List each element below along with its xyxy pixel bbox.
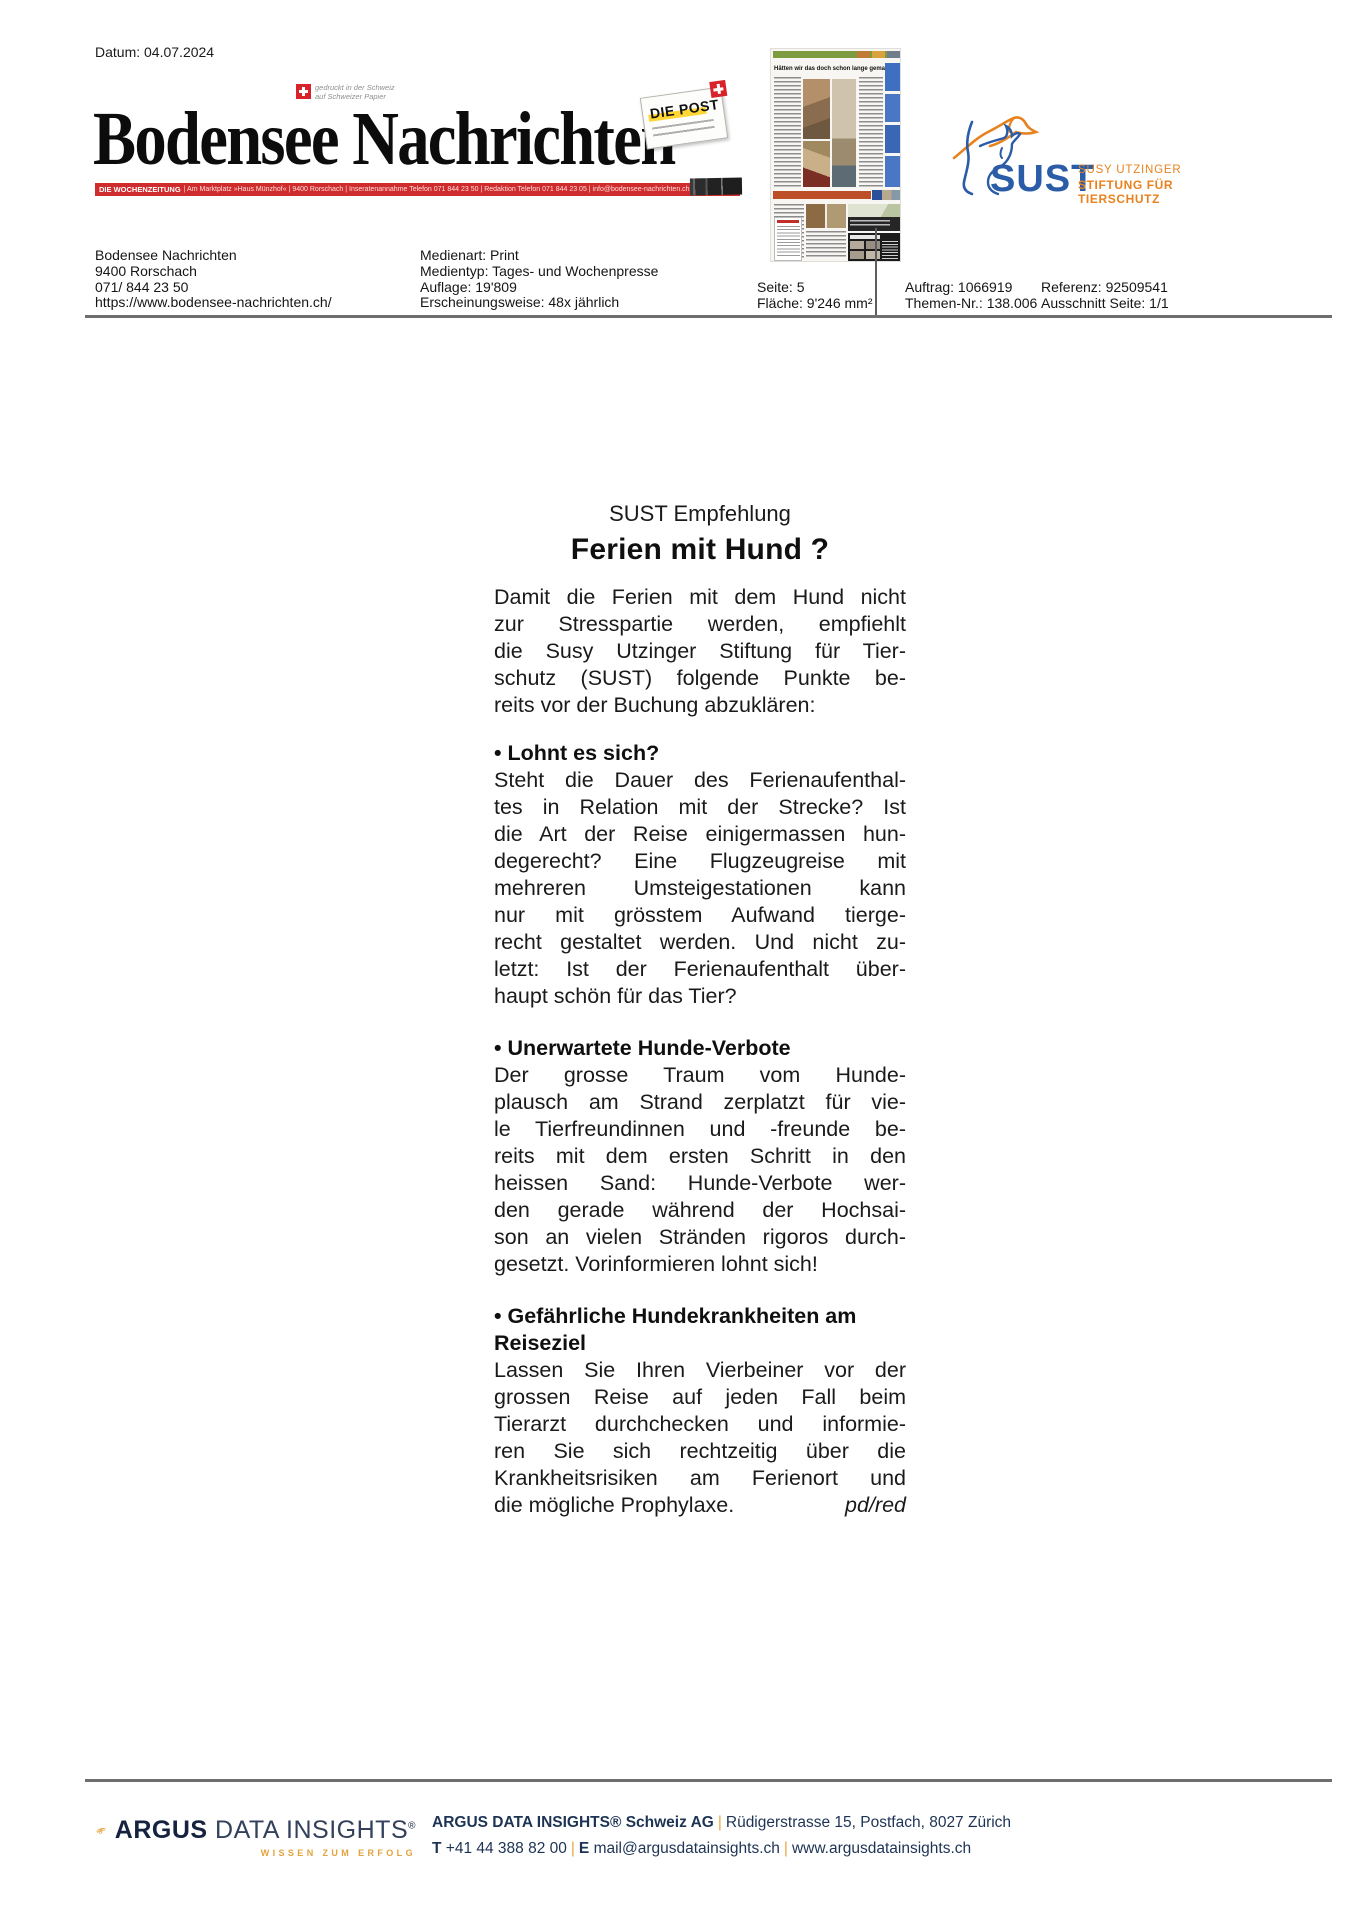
masthead-info-rest: | Am Marktplatz »Haus Münzhof« | 9400 Ro… [184,186,690,193]
thumb-text-column [806,231,846,259]
article-line: Steht die Dauer des Ferienaufenthal- [494,767,906,794]
die-post-stamp: DIE POST [640,87,728,150]
footer-website[interactable]: www.argusdatainsights.ch [792,1840,971,1857]
footer-address: Rüdigerstrasse 15, Postfach, 8027 Zürich [726,1814,1011,1831]
thumb-photo [857,51,870,58]
thumb-text-column [859,77,883,187]
masthead-scan-artifact [690,178,742,196]
article-line: zur Stresspartie werden, empfiehlt [494,611,906,638]
thumb-ad-block [885,125,900,153]
footer-phone: +41 44 388 82 00 [446,1840,567,1857]
argus-wordmark: ARGUS [115,1816,208,1844]
publication-phone: 071/ 844 23 50 [95,280,332,296]
article-line: schutz (SUST) folgende Punkte be- [494,665,906,692]
article-line: recht gestaltet werden. Und nicht zu- [494,929,906,956]
section-heading: • Unerwartete Hunde-Verbote [494,1035,906,1062]
press-clipping-page: { "colors": { "masthead_red": "#cf2d2d",… [0,0,1357,1920]
page-info-block: Seite: 5 Fläche: 9'246 mm² [757,280,873,312]
section-heading: • Gefährliche Hundekrankheiten am [494,1303,906,1330]
registered-mark: ® [408,1821,416,1832]
thumb-list-box [774,217,802,261]
footer-separator: | [714,1814,726,1831]
reference-info-block: Referenz: 92509541 Ausschnitt Seite: 1/1 [1041,280,1169,312]
article-line: Damit die Ferien mit dem Hund nicht [494,584,906,611]
article-line: Krankheitsrisiken am Ferienort und [494,1465,906,1492]
article-line: die Susy Utzinger Stiftung für Tier- [494,638,906,665]
auftrag: Auftrag: 1066919 [905,280,1037,296]
thumb-ad-block [885,63,900,91]
medientyp: Medientyp: Tages- und Wochenpresse [420,264,658,280]
article-kicker: SUST Empfehlung [494,500,906,528]
order-info-block: Auftrag: 1066919 Themen-Nr.: 138.006 [905,280,1037,312]
newspaper-page-thumbnail: Hätten wir das doch schon lange gemacht! [770,48,901,262]
themen-nr: Themen-Nr.: 138.006 [905,296,1037,312]
article-headline: Ferien mit Hund ? [494,530,906,570]
thumb-ad-block [885,156,900,187]
auflage: Auflage: 19'809 [420,280,658,296]
thumb-photo [803,79,830,139]
stamp-label: DIE POST [649,96,720,121]
article-line: reits vor der Buchung abzuklären: [494,692,906,719]
publication-name: Bodensee Nachrichten [95,248,332,264]
thumb-photo [887,51,900,58]
masthead-info-bar: DIE WOCHENZEITUNG | Am Marktplatz »Haus … [95,183,740,196]
stamp-fine-print [652,119,715,141]
thumb-headline: Hätten wir das doch schon lange gemacht! [774,66,896,72]
argus-eye-icon [96,1817,107,1845]
article-section: Lassen Sie Ihren Vierbeiner vor der gros… [494,1357,906,1519]
article-line: ren Sie sich rechtzeitig über die [494,1438,906,1465]
erscheinungsweise: Erscheinungsweise: 48x jährlich [420,295,658,311]
footer-email-label: E [579,1840,589,1857]
thumb-photo [803,141,830,187]
article-column: SUST Empfehlung Ferien mit Hund ? Damit … [494,500,906,1519]
footer-company: ARGUS DATA INSIGHTS® Schweiz AG [432,1814,714,1831]
footer-phone-label: T [432,1840,441,1857]
article-line: le Tierfreundinnen und -freunde be- [494,1116,906,1143]
article-line: Lassen Sie Ihren Vierbeiner vor der [494,1357,906,1384]
thumb-photo [832,79,856,187]
article-line: haupt schön für das Tier? [494,983,906,1010]
date-label: Datum: 04.07.2024 [95,44,214,60]
argus-wordmark-rest: DATA INSIGHTS [215,1816,408,1844]
masthead-info-bold: DIE WOCHENZEITUNG [99,185,181,194]
sust-name-line2: STIFTUNG FÜR TIERSCHUTZ [1078,178,1250,206]
masthead-title: Bodensee Nachrichten [93,96,674,183]
footer-line1: ARGUS DATA INSIGHTS® Schweiz AG|Rüdigers… [432,1810,1011,1836]
sust-logo: SUST SUSY UTZINGER STIFTUNG FÜR TIERSCHU… [950,100,1250,200]
thumb-section-bar [773,191,871,199]
footer-contact-block: ARGUS DATA INSIGHTS® Schweiz AG|Rüdigers… [432,1810,1011,1862]
article-line: mehreren Umsteigestationen kann [494,875,906,902]
footer-line2: T +41 44 388 82 00|E mail@argusdatainsig… [432,1836,1011,1862]
article-line: heissen Sand: Hunde-Verbote wer- [494,1170,906,1197]
thumb-ad-block [885,94,900,122]
referenz: Referenz: 92509541 [1041,280,1169,296]
article-line: Tierarzt durchchecken und informie- [494,1411,906,1438]
media-info-block: Medienart: Print Medientyp: Tages- und W… [420,248,658,311]
thumb-photo [872,190,900,200]
argus-logo: ARGUS DATA INSIGHTS® WISSEN ZUM ERFOLG [96,1816,416,1858]
footer-email[interactable]: mail@argusdatainsights.ch [594,1840,780,1857]
article-byline: pd/red [845,1492,906,1519]
article-line: tes in Relation mit der Strecke? Ist [494,794,906,821]
vertical-divider [875,228,877,317]
thumb-photo [806,204,846,228]
stamp-swiss-cross-icon [709,80,727,98]
article-line: den gerade während der Hochsai- [494,1197,906,1224]
article-line: die Art der Reise einigermassen hun- [494,821,906,848]
article-section: Der grosse Traum vom Hunde- plausch am S… [494,1062,906,1278]
article-line: son an vielen Stränden rigoros durch- [494,1224,906,1251]
flaeche: Fläche: 9'246 mm² [757,296,873,312]
footer-separator: | [780,1840,792,1857]
section-heading: • Lohnt es sich? [494,740,906,767]
article-line: reits mit dem ersten Schritt in den [494,1143,906,1170]
article-intro: Damit die Ferien mit dem Hund nicht zur … [494,584,906,719]
article-line: Der grosse Traum vom Hunde- [494,1062,906,1089]
argus-tagline: WISSEN ZUM ERFOLG [96,1848,416,1858]
sust-name-line1: SUSY UTZINGER [1078,164,1181,176]
thumb-photo [872,51,885,58]
header-divider-rule [85,315,1332,318]
article-line: die mögliche Prophylaxe. [494,1492,734,1519]
footer-separator: | [567,1840,579,1857]
article-section: Steht die Dauer des Ferienaufenthal- tes… [494,767,906,1010]
thumb-dark-ad [848,217,900,231]
article-line: gesetzt. Vorinformieren lohnt sich! [494,1251,906,1278]
seite: Seite: 5 [757,280,873,296]
footer-divider-rule [85,1779,1332,1782]
section-heading: Reiseziel [494,1330,906,1357]
article-line: degerecht? Eine Flugzeugreise mit [494,848,906,875]
publication-city: 9400 Rorschach [95,264,332,280]
publication-url[interactable]: https://www.bodensee-nachrichten.ch/ [95,295,332,311]
ausschnitt-seite: Ausschnitt Seite: 1/1 [1041,296,1169,312]
thumb-dark-ad [848,233,900,261]
medienart: Medienart: Print [420,248,658,264]
article-line: letzt: Ist der Ferienaufenthalt über- [494,956,906,983]
article-line: plausch am Strand zerplatzt für vie- [494,1089,906,1116]
article-line: grossen Reise auf jeden Fall beim [494,1384,906,1411]
publication-address-block: Bodensee Nachrichten 9400 Rorschach 071/… [95,248,332,311]
thumb-text-column [774,77,801,187]
article-line: nur mit grösstem Aufwand tierge- [494,902,906,929]
